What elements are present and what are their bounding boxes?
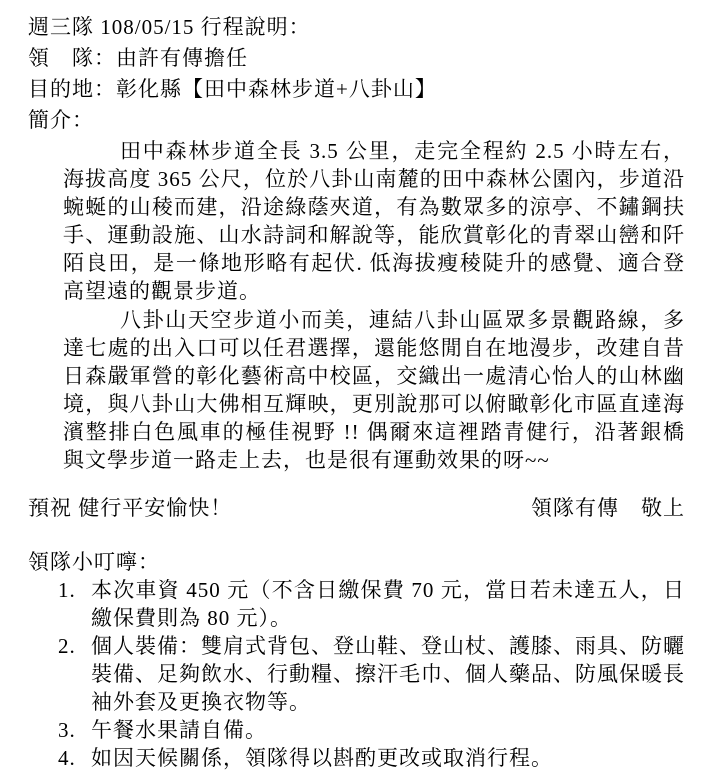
intro-paragraph-2: 八卦山天空步道小而美，連結八卦山區眾多景觀路線，多達七處的出入口可以任君選擇，還…: [63, 306, 685, 474]
leader-line: 領 隊：由許有傳擔任: [28, 43, 685, 74]
note-item-4: 4. 如因天候關係，領隊得以斟酌更改或取消行程。: [58, 744, 685, 772]
notes-list: 1. 本次車資 450 元（不含日繳保費 70 元，當日若未達五人，日繳保費則為…: [28, 576, 685, 772]
note-number: 1.: [58, 576, 91, 632]
closing-row: 預祝 健行平安愉快！ 領隊有傳 敬上: [28, 494, 685, 522]
note-item-3: 3. 午餐水果請自備。: [58, 716, 685, 744]
note-number: 2.: [58, 632, 91, 716]
note-item-1: 1. 本次車資 450 元（不含日繳保費 70 元，當日若未達五人，日繳保費則為…: [58, 576, 685, 632]
intro-paragraph-1: 田中森林步道全長 3.5 公里，走完全程約 2.5 小時左右，海拔高度 365 …: [63, 137, 685, 305]
note-text: 個人裝備：雙肩式背包、登山鞋、登山杖、護膝、雨具、防曬裝備、足夠飲水、行動糧、擦…: [91, 632, 685, 716]
trip-title-line: 週三隊 108/05/15 行程說明：: [28, 12, 685, 43]
notes-title: 領隊小叮嚀：: [28, 548, 685, 576]
document-page: 週三隊 108/05/15 行程說明： 領 隊：由許有傳擔任 目的地：彰化縣【田…: [0, 0, 706, 781]
note-item-2: 2. 個人裝備：雙肩式背包、登山鞋、登山杖、護膝、雨具、防曬裝備、足夠飲水、行動…: [58, 632, 685, 716]
intro-label: 簡介：: [28, 105, 685, 136]
wish-text: 預祝 健行平安愉快！: [28, 494, 232, 522]
note-number: 4.: [58, 744, 91, 772]
note-number: 3.: [58, 716, 91, 744]
signature-text: 領隊有傳 敬上: [531, 494, 685, 522]
note-text: 本次車資 450 元（不含日繳保費 70 元，當日若未達五人，日繳保費則為 80…: [91, 576, 685, 632]
destination-line: 目的地：彰化縣【田中森林步道+八卦山】: [28, 74, 685, 105]
note-text: 午餐水果請自備。: [91, 716, 685, 744]
note-text: 如因天候關係，領隊得以斟酌更改或取消行程。: [91, 744, 685, 772]
